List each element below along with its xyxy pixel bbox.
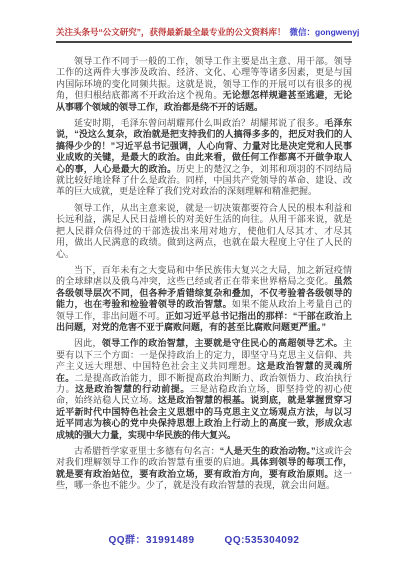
paragraph: 当下，百年未有之大变局和中华民族伟大复兴之大局，加之新冠疫情的全球肆虐以及俄乌冲… (56, 265, 352, 333)
paragraph: 领导工作不同于一般的工作，领导工作主要是出主意、用干部。领导工作的这两件大事涉及… (56, 56, 352, 113)
text-run: 领导工作，从出主意来说，就是一切决策都要符合人民的根本利益和长远利益，满足人民日… (56, 203, 352, 259)
footer-qq-group-label: QQ群：31991489 (108, 535, 194, 546)
text-run: 古希腊哲学家亚里士多德有句名言： (74, 446, 220, 456)
footer-banner: QQ群：31991489QQ:535304092 (0, 531, 408, 546)
header-wechat-label: 微信：gongwenyj (290, 27, 360, 37)
paragraph: 延安时期，毛泽东曾问胡耀邦什么叫政治？胡耀邦说了很多。毛泽东说，“没这么复杂，政… (56, 118, 352, 198)
text-run: “人是天生的政治动物。” (220, 446, 316, 456)
text-run: 因此， (74, 338, 102, 348)
paragraph: 古希腊哲学家亚里士多德有句名言：“人是天生的政治动物。”这或许会对我们理解领导工… (56, 446, 352, 492)
header-notice-text: 关注头条号“公文研究”，获得最新最全最专业的公文资料库！ (56, 27, 286, 37)
paragraph: 因此，领导工作的政治智慧，主要就是守住民心的高超领导艺术。主要有以下三个方面：一… (56, 338, 352, 441)
text-run: 领导工作的政治智慧，主要就是守住民心的高超领导艺术。 (102, 338, 343, 348)
paragraph: 领导工作，从出主意来说，就是一切决策都要符合人民的根本利益和长远利益，满足人民日… (56, 203, 352, 260)
document-page: 关注头条号“公文研究”，获得最新最全最专业的公文资料库！微信：gongwenyj… (0, 0, 408, 580)
text-run: 延安时期，毛泽东曾问胡耀邦什么叫政治？胡耀邦说了很多。 (74, 118, 324, 128)
text-run: 当下，百年未有之大变局和中华民族伟大复兴之大局，加之新冠疫情的全球肆虐以及俄乌冲… (56, 265, 352, 286)
footer-qq-label: QQ:535304092 (225, 535, 300, 546)
header-banner: 关注头条号“公文研究”，获得最新最全最专业的公文资料库！微信：gongwenyj (56, 26, 352, 43)
text-run: 这是政治智慧的行动前提。 (75, 384, 190, 394)
document-body: 领导工作不同于一般的工作，领导工作主要是出主意、用干部。领导工作的这两件大事涉及… (56, 56, 352, 497)
